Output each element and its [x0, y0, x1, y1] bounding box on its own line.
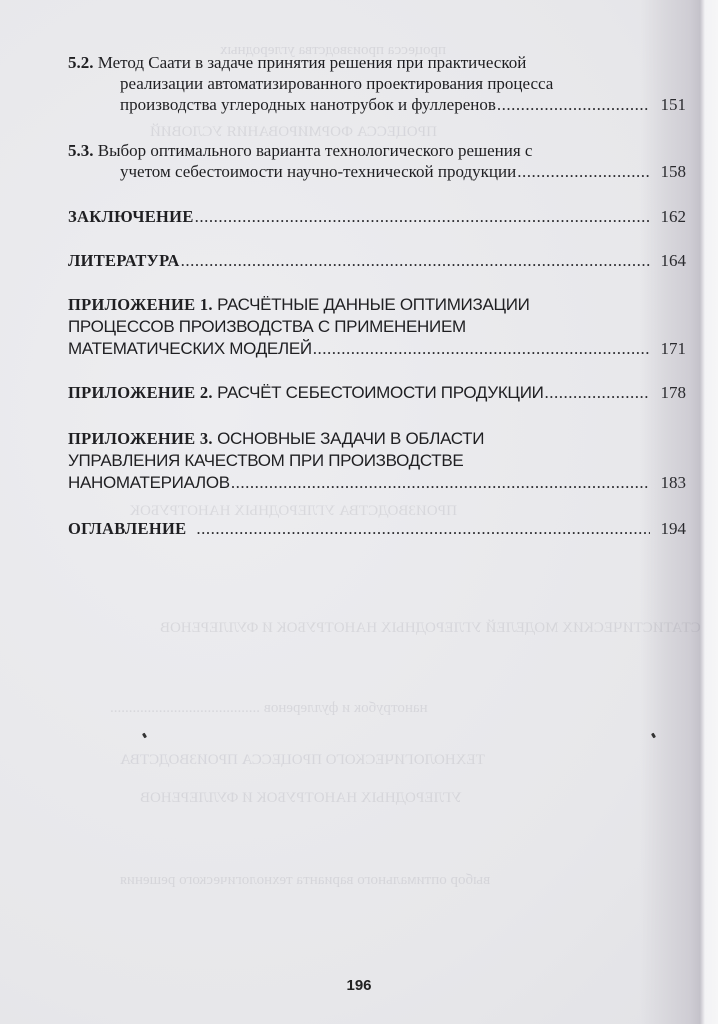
scan-speck [142, 733, 147, 739]
dot-leader [313, 338, 650, 360]
page-number: 151 [654, 94, 686, 115]
toc-entry-conclusion[interactable]: ЗАКЛЮЧЕНИЕ 162 [68, 206, 686, 227]
appendix-title-line: РАСЧЁТНЫЕ ДАННЫЕ ОПТИМИЗАЦИИ [217, 295, 530, 314]
dot-leader [181, 250, 650, 271]
appendix-title-line: МАТЕМАТИЧЕСКИХ МОДЕЛЕЙ [68, 338, 312, 360]
toc-entry-contents[interactable]: ОГЛАВЛЕНИЕ 194 [68, 518, 686, 539]
toc-entry-appendix-1[interactable]: ПРИЛОЖЕНИЕ 1. РАСЧЁТНЫЕ ДАННЫЕ ОПТИМИЗАЦ… [68, 294, 686, 360]
section-number: 5.3. [68, 141, 94, 160]
dot-leader [231, 472, 650, 494]
scanned-page: процесса производства углеродных ПРОЦЕСС… [0, 0, 718, 1024]
heading-title: ЗАКЛЮЧЕНИЕ [68, 206, 194, 227]
appendix-title-line: ОСНОВНЫЕ ЗАДАЧИ В ОБЛАСТИ [217, 429, 484, 448]
page-number: 158 [654, 161, 686, 182]
scan-speck [651, 733, 656, 739]
page-number: 164 [654, 250, 686, 271]
appendix-title-line: НАНОМАТЕРИАЛОВ [68, 472, 230, 494]
appendix-label: ПРИЛОЖЕНИЕ 2. [68, 383, 213, 402]
dot-leader [517, 161, 650, 182]
bleed-through: УГЛЕРОДНЫХ НАНОТРУБОК И ФУЛЛЕРЕНОВ [140, 790, 462, 807]
bleed-through: выбор оптимального варианта технологичес… [120, 872, 490, 889]
appendix-title-line: ПРОЦЕССОВ ПРОИЗВОДСТВА С ПРИМЕНЕНИЕМ [68, 316, 466, 338]
section-title-line: производства углеродных нанотрубок и фул… [120, 94, 496, 115]
page-number: 162 [654, 206, 686, 227]
appendix-label: ПРИЛОЖЕНИЕ 1. [68, 295, 213, 314]
section-title-line: учетом себестоимости научно-технической … [120, 161, 516, 182]
appendix-title-line: РАСЧЁТ СЕБЕСТОИМОСТИ ПРОДУКЦИИ [217, 383, 543, 402]
page-number: 178 [654, 382, 686, 404]
toc-entry-5-2[interactable]: 5.2. Метод Саати в задаче принятия решен… [68, 52, 686, 115]
bleed-through: ПРОЦЕССА ФОРМИРОВАНИЯ УСЛОВИЙ [150, 124, 437, 141]
dot-leader [196, 518, 650, 539]
dot-leader [497, 94, 650, 115]
heading-title: ЛИТЕРАТУРА [68, 250, 180, 271]
toc-entry-5-3[interactable]: 5.3. Выбор оптимального варианта техноло… [68, 140, 686, 182]
section-title-line: Метод Саати в задаче принятия решения пр… [98, 53, 527, 72]
section-title-line: Выбор оптимального варианта технологичес… [98, 141, 533, 160]
page-number: 194 [654, 518, 686, 539]
bleed-through: нанотрубок и фуллеренов ................… [110, 700, 428, 717]
page-number: 171 [654, 338, 686, 360]
bleed-through: ТЕХНОЛОГИЧЕСКОГО ПРОЦЕССА ПРОИЗВОДСТВА [120, 752, 485, 769]
toc-entry-references[interactable]: ЛИТЕРАТУРА 164 [68, 250, 686, 271]
bleed-through: СТАТИСТИЧЕСКИХ МОДЕЛЕЙ УГЛЕРОДНЫХ НАНОТР… [160, 620, 701, 637]
section-number: 5.2. [68, 53, 94, 72]
page-number: 183 [654, 472, 686, 494]
toc-entry-appendix-2[interactable]: ПРИЛОЖЕНИЕ 2. РАСЧЁТ СЕБЕСТОИМОСТИ ПРОДУ… [68, 382, 686, 404]
heading-title: ОГЛАВЛЕНИЕ [68, 518, 186, 539]
page-folio-number: 196 [0, 977, 718, 994]
toc-entry-appendix-3[interactable]: ПРИЛОЖЕНИЕ 3. ОСНОВНЫЕ ЗАДАЧИ В ОБЛАСТИ … [68, 428, 686, 494]
dot-leader [545, 382, 650, 404]
dot-leader [195, 206, 650, 227]
section-title-line: реализации автоматизированного проектиро… [120, 73, 553, 94]
appendix-title-line: УПРАВЛЕНИЯ КАЧЕСТВОМ ПРИ ПРОИЗВОДСТВЕ [68, 450, 463, 472]
appendix-label: ПРИЛОЖЕНИЕ 3. [68, 429, 213, 448]
